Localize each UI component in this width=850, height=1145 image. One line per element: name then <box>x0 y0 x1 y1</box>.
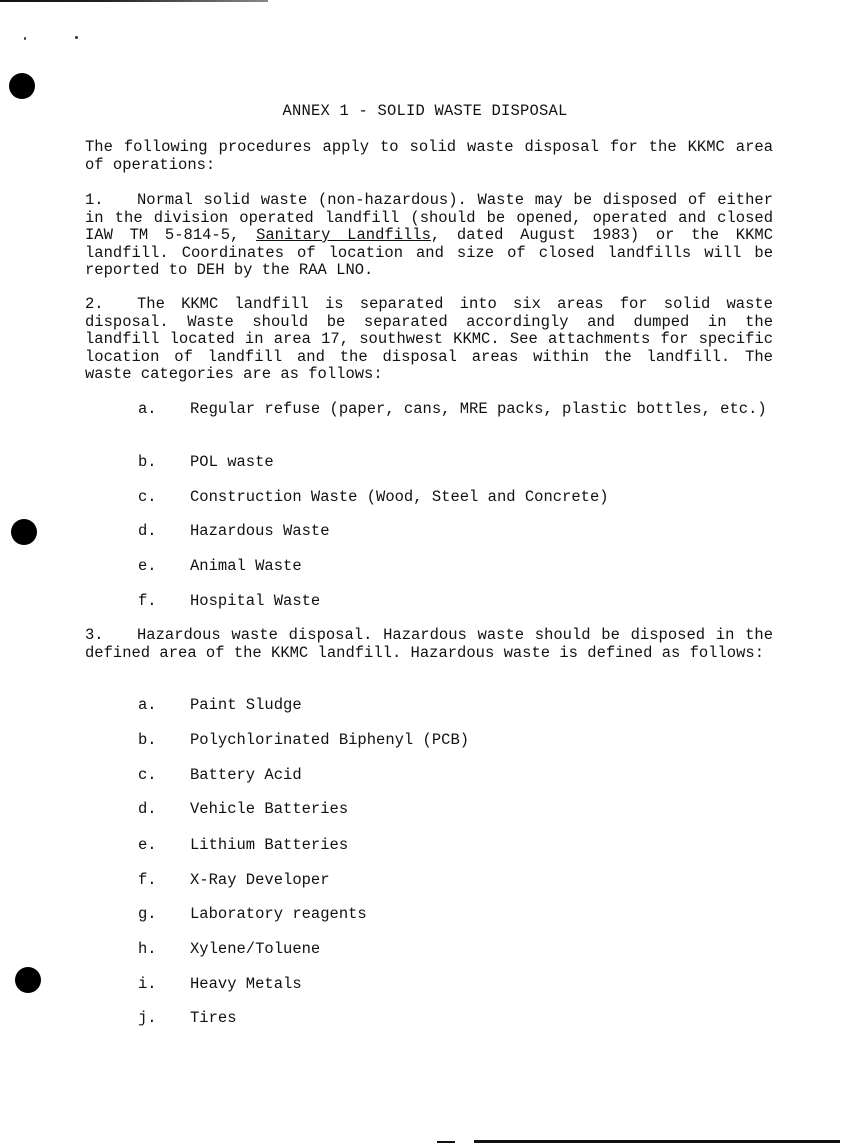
list-item: c.Construction Waste (Wood, Steel and Co… <box>138 489 609 507</box>
list-item-letter: b. <box>138 454 190 472</box>
list-item: h.Xylene/Toluene <box>138 941 320 959</box>
section-1-paragraph: 1.Normal solid waste (non-hazardous). Wa… <box>85 192 773 280</box>
list-item-text: Laboratory reagents <box>190 905 367 923</box>
reference-title: Sanitary Landfills <box>256 226 431 244</box>
list-item-text: POL waste <box>190 453 274 471</box>
list-item: f.X-Ray Developer <box>138 872 330 890</box>
punch-hole-middle <box>11 519 37 545</box>
list-item: c.Battery Acid <box>138 767 302 785</box>
list-item-letter: c. <box>138 489 190 507</box>
scan-speck <box>24 37 26 40</box>
list-item: a.Regular refuse (paper, cans, MRE packs… <box>85 401 773 419</box>
list-item: j.Tires <box>138 1010 237 1028</box>
list-item-text: X-Ray Developer <box>190 871 330 889</box>
list-item-text: Lithium Batteries <box>190 836 348 854</box>
list-item: d.Hazardous Waste <box>138 523 330 541</box>
list-item-text: Construction Waste (Wood, Steel and Conc… <box>190 488 609 506</box>
list-item-letter: a. <box>138 401 190 419</box>
list-item-text: Battery Acid <box>190 766 302 784</box>
list-item-letter: d. <box>138 523 190 541</box>
list-item-text: Regular refuse (paper, cans, MRE packs, … <box>190 400 767 418</box>
list-item: f.Hospital Waste <box>138 593 320 611</box>
punch-hole-top <box>9 73 35 99</box>
section-2-paragraph: 2.The KKMC landfill is separated into si… <box>85 296 773 384</box>
list-item: b.Polychlorinated Biphenyl (PCB) <box>138 732 469 750</box>
document-title: ANNEX 1 - SOLID WASTE DISPOSAL <box>0 102 850 120</box>
section-3-paragraph: 3.Hazardous waste disposal. Hazardous wa… <box>85 627 773 662</box>
list-item-letter: a. <box>138 697 190 715</box>
list-item-letter: g. <box>138 906 190 924</box>
list-item-text: Paint Sludge <box>190 696 302 714</box>
list-item-letter: b. <box>138 732 190 750</box>
list-item-letter: c. <box>138 767 190 785</box>
section-3-text: Hazardous waste disposal. Hazardous wast… <box>85 626 773 662</box>
list-item-letter: f. <box>138 593 190 611</box>
list-item: i.Heavy Metals <box>138 976 302 994</box>
list-item-letter: f. <box>138 872 190 890</box>
section-number: 1. <box>85 192 137 210</box>
list-item-text: Xylene/Toluene <box>190 940 320 958</box>
section-number: 2. <box>85 296 137 314</box>
list-item-text: Vehicle Batteries <box>190 800 348 818</box>
scan-edge-line-bottom <box>474 1140 840 1143</box>
list-item-text: Hazardous Waste <box>190 522 330 540</box>
list-item-letter: i. <box>138 976 190 994</box>
list-item-letter: d. <box>138 801 190 819</box>
list-item-letter: e. <box>138 558 190 576</box>
list-item-letter: j. <box>138 1010 190 1028</box>
list-item-text: Hospital Waste <box>190 592 320 610</box>
list-item: b.POL waste <box>138 454 274 472</box>
list-item-letter: e. <box>138 837 190 855</box>
list-item-text: Polychlorinated Biphenyl (PCB) <box>190 731 469 749</box>
list-item-letter: h. <box>138 941 190 959</box>
scan-speck <box>75 36 78 39</box>
list-item-text: Heavy Metals <box>190 975 302 993</box>
list-item: a.Paint Sludge <box>138 697 302 715</box>
punch-hole-bottom <box>15 967 41 993</box>
intro-paragraph: The following procedures apply to solid … <box>85 139 773 174</box>
list-item: g.Laboratory reagents <box>138 906 367 924</box>
list-item: d.Vehicle Batteries <box>138 801 348 819</box>
list-item-text: Tires <box>190 1009 237 1027</box>
list-item-text: Animal Waste <box>190 557 302 575</box>
section-2-text: The KKMC landfill is separated into six … <box>85 295 773 383</box>
list-item: e.Animal Waste <box>138 558 302 576</box>
section-number: 3. <box>85 627 137 645</box>
scan-edge-line-bottom <box>437 1141 455 1143</box>
scan-edge-line-top <box>0 0 268 2</box>
list-item: e.Lithium Batteries <box>138 837 348 855</box>
